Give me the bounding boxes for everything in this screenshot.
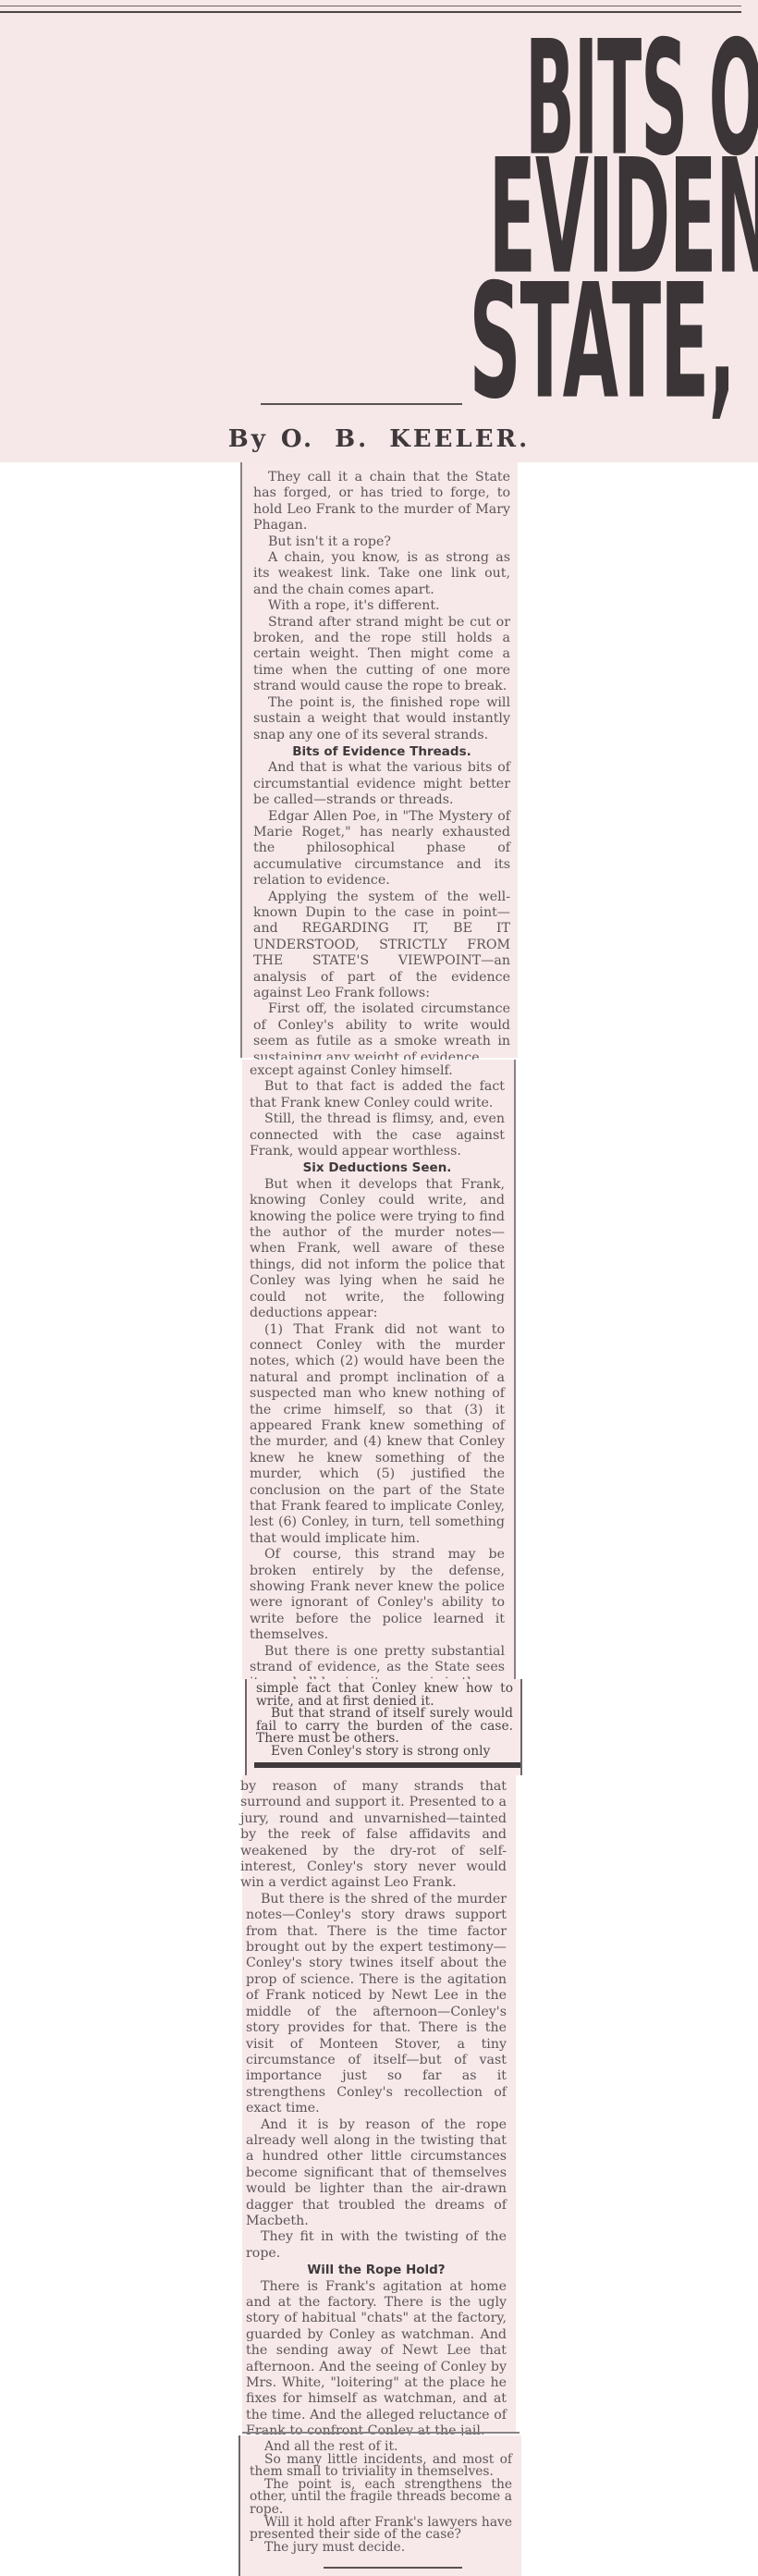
- paragraph-continuation: except against Conley himself.: [250, 1063, 505, 1079]
- article-column-segment-2: except against Conley himself. But to th…: [242, 1060, 516, 1679]
- paragraph: Applying the system of the well-known Du…: [253, 889, 510, 1002]
- top-rule-thin: [0, 6, 741, 6]
- subhead-bits-of-evidence: Bits of Evidence Threads.: [253, 744, 510, 760]
- segment-separator: [242, 2432, 520, 2434]
- paragraph: Strand after strand might be cut or brok…: [253, 615, 510, 695]
- byline: ByO. B. KEELER.: [0, 425, 758, 453]
- paragraph: There is Frank's agitation at home and a…: [246, 2279, 507, 2440]
- column-rule: [254, 1762, 520, 1768]
- paragraph: Still, the thread is flimsy, and, even c…: [250, 1111, 505, 1159]
- paragraph: But isn't it a rope?: [253, 534, 510, 550]
- paragraph: But when it develops that Frank, knowing…: [250, 1177, 505, 1322]
- end-rule: [324, 2567, 462, 2569]
- article-column-segment-4: by reason of many strands that surround …: [242, 1775, 516, 2434]
- subhead-six-deductions: Six Deductions Seen.: [250, 1160, 505, 1176]
- paragraph: Edgar Allen Poe, in "The Mystery of Mari…: [253, 809, 510, 889]
- paragraph-continuation: simple fact that Conley knew how to writ…: [256, 1683, 513, 1708]
- headline-block: BITS OF CIRCUMSTANTIAL EVIDENCE, AS VIEW…: [0, 0, 758, 462]
- paragraph: The jury must decide.: [250, 2542, 512, 2555]
- paragraph: And it is by reason of the rope already …: [246, 2117, 507, 2230]
- paragraph: They fit in with the twisting of the rop…: [246, 2229, 507, 2262]
- paragraph: First off, the isolated circumstance of …: [253, 1001, 510, 1066]
- paragraph: Even Conley's story is strong only: [256, 1746, 513, 1759]
- paragraph: And that is what the various bits of cir…: [253, 760, 510, 808]
- paragraph: Of course, this strand may be broken ent…: [250, 1547, 505, 1643]
- headline-divider: [261, 403, 462, 405]
- paragraph: A chain, you know, is as strong as its w…: [253, 550, 510, 598]
- paragraph: (1) That Frank did not want to connect C…: [250, 1322, 505, 1548]
- article-column-segment-1: They call it a chain that the State has …: [240, 462, 518, 1058]
- article-column-segment-5: And all the rest of it. So many little i…: [238, 2435, 521, 2576]
- paragraph-continuation: by reason of many strands that surround …: [240, 1779, 507, 1892]
- subhead-will-the-rope-hold: Will the Rope Hold?: [246, 2263, 507, 2278]
- paragraph: So many little incidents, and most of th…: [250, 2454, 512, 2479]
- article-column-segment-3: simple fact that Conley knew how to writ…: [245, 1679, 522, 1775]
- paragraph: With a rope, it's different.: [253, 598, 510, 614]
- byline-author: O. B. KEELER.: [268, 425, 530, 453]
- paragraph: But there is the shred of the murder not…: [246, 1892, 507, 2117]
- paragraph: But that strand of itself surely would f…: [256, 1708, 513, 1746]
- paragraph: But to that fact is added the fact that …: [250, 1079, 505, 1111]
- headline-line-3: STATE, STRANDS IN ROPE: [0, 264, 741, 402]
- paragraph: They call it a chain that the State has …: [253, 470, 510, 534]
- paragraph: The point is, each strengthens the other…: [250, 2479, 512, 2517]
- byline-prefix: By: [228, 425, 268, 453]
- paragraph: The point is, the finished rope will sus…: [253, 695, 510, 743]
- paragraph: Will it hold after Frank's lawyers have …: [250, 2517, 512, 2542]
